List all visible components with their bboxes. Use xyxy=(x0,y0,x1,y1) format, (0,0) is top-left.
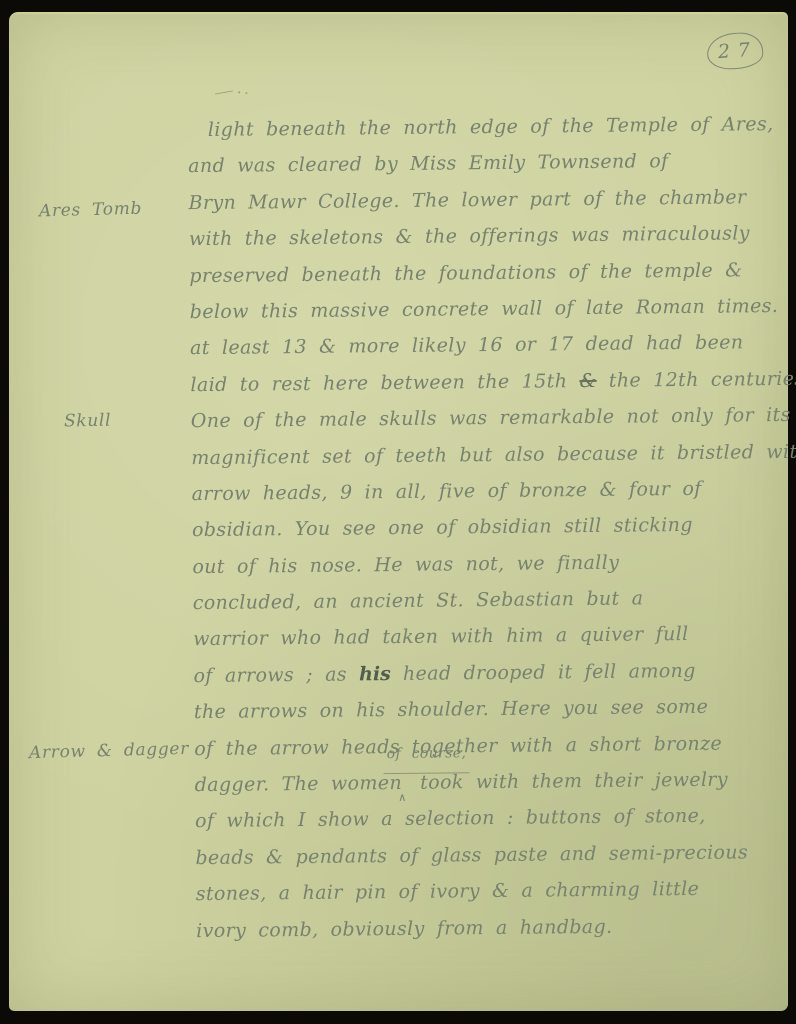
insertion-anchor: of course,∧ xyxy=(402,770,408,789)
caret-mark: ∧ xyxy=(398,780,407,816)
manuscript-page: 27 Ares Tomb Skull Arrow & dagger light … xyxy=(9,12,788,1011)
page-number-circle: 27 xyxy=(706,31,764,71)
handwriting-line-overwrite: of arrows ; as his head drooped it fell … xyxy=(193,652,793,695)
handwriting-line: and was cleared by Miss Emily Townsend o… xyxy=(188,142,788,185)
handwriting-line: warrior who had taken with him a quiver … xyxy=(193,615,793,658)
handwriting-line: of which I show a selection : buttons of… xyxy=(195,797,795,840)
photo-backdrop: 27 Ares Tomb Skull Arrow & dagger light … xyxy=(0,0,796,1024)
handwriting-line: with the skeletons & the offerings was m… xyxy=(189,215,789,258)
handwriting-line: preserved beneath the foundations of the… xyxy=(189,251,789,294)
handwriting-line: below this massive concrete wall of late… xyxy=(190,288,790,331)
margin-note-skull: Skull xyxy=(64,411,112,432)
handwriting-line-insertion: dagger. The womenof course,∧ took with t… xyxy=(194,761,794,804)
handwriting-line: Bryn Mawr College. The lower part of the… xyxy=(188,179,788,222)
handwriting-line: arrow heads, 9 in all, five of bronze & … xyxy=(191,470,791,513)
handwriting-line-strikeout: laid to rest here between the 15th & the… xyxy=(190,361,790,404)
handwriting-block: light beneath the north edge of the Temp… xyxy=(188,106,796,949)
page-number: 27 xyxy=(717,38,759,63)
handwriting-line: beads & pendants of glass paste and semi… xyxy=(195,834,795,877)
struck-ampersand: & xyxy=(579,370,597,392)
handwriting-line: ivory comb, obviously from a handbag. xyxy=(196,906,796,949)
handwriting-line: out of his nose. He was not, we finally xyxy=(192,543,792,586)
handwriting-line: light beneath the north edge of the Temp… xyxy=(188,106,788,149)
handwriting-line: stones, a hair pin of ivory & a charming… xyxy=(196,870,796,913)
margin-note-ares-tomb: Ares Tomb xyxy=(39,199,143,222)
inserted-word: of course, xyxy=(384,735,470,774)
handwriting-line: at least 13 & more likely 16 or 17 dead … xyxy=(190,324,790,367)
handwriting-line: of the arrow heads together with a short… xyxy=(194,724,794,767)
overwritten-word: his xyxy=(359,663,391,685)
pencil-smudge xyxy=(215,90,233,94)
margin-note-arrow-dagger: Arrow & dagger xyxy=(29,739,189,763)
handwriting-line: the arrows on his shoulder. Here you see… xyxy=(194,688,794,731)
handwriting-line: obsidian. You see one of obsidian still … xyxy=(192,506,792,549)
handwriting-line: One of the male skulls was remarkable no… xyxy=(191,397,791,440)
handwriting-line: concluded, an ancient St. Sebastian but … xyxy=(193,579,793,622)
handwriting-line: magnificent set of teeth but also becaus… xyxy=(191,433,791,476)
